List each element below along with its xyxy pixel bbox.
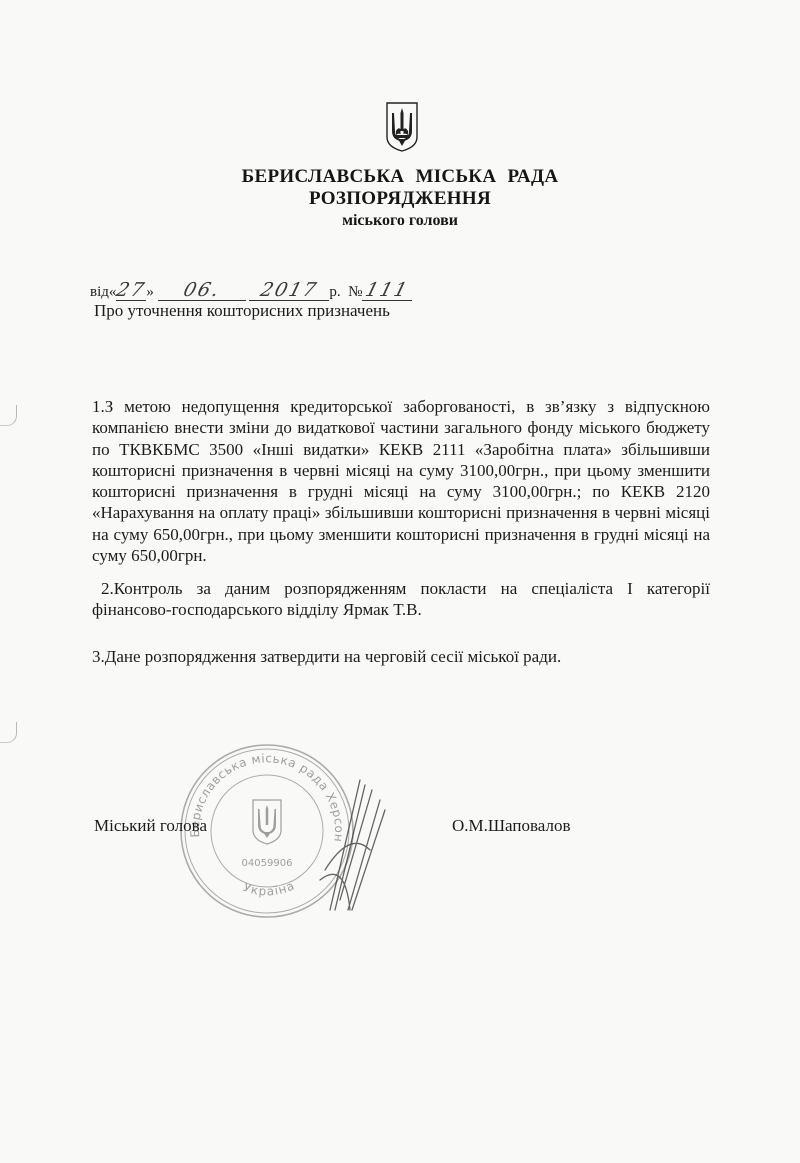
- document-subject: Про уточнення кошторисних призначень: [94, 301, 390, 321]
- date-day: 27: [115, 282, 147, 298]
- stamp-bottom-text: Україна: [241, 878, 297, 898]
- document-issuer: міського голови: [0, 212, 800, 230]
- date-close-quote: »: [146, 284, 154, 300]
- paragraph-2: 2.Контроль за даним розпорядженням покла…: [92, 578, 710, 621]
- date-prefix: від: [90, 284, 109, 300]
- signatory-name: О.М.Шаповалов: [452, 816, 570, 836]
- council-name: БЕРИСЛАВСЬКА МІСЬКА РАДА: [0, 166, 800, 188]
- signatory-title: Міський голова: [94, 816, 207, 836]
- svg-text:Україна: Україна: [241, 878, 297, 898]
- trident-coat-of-arms-icon: [385, 101, 419, 153]
- punch-hole-mark: [0, 722, 17, 743]
- stamp-code: 04059906: [242, 858, 293, 869]
- date-year: 2017: [259, 282, 320, 298]
- document-type: РОЗПОРЯДЖЕННЯ: [0, 188, 800, 210]
- document-number: 111: [364, 282, 411, 298]
- date-month: 06.: [181, 282, 222, 298]
- handwritten-signature: [290, 760, 400, 920]
- punch-hole-mark: [0, 405, 17, 426]
- number-label: №: [348, 284, 362, 300]
- date-year-suffix: р.: [329, 284, 340, 300]
- paragraph-3: 3.Дане розпорядження затвердити на черго…: [92, 646, 710, 667]
- date-number-line: від«27» 06. 2017р. №111: [90, 282, 412, 301]
- paragraph-1: 1.З метою недопущення кредиторської забо…: [92, 396, 710, 566]
